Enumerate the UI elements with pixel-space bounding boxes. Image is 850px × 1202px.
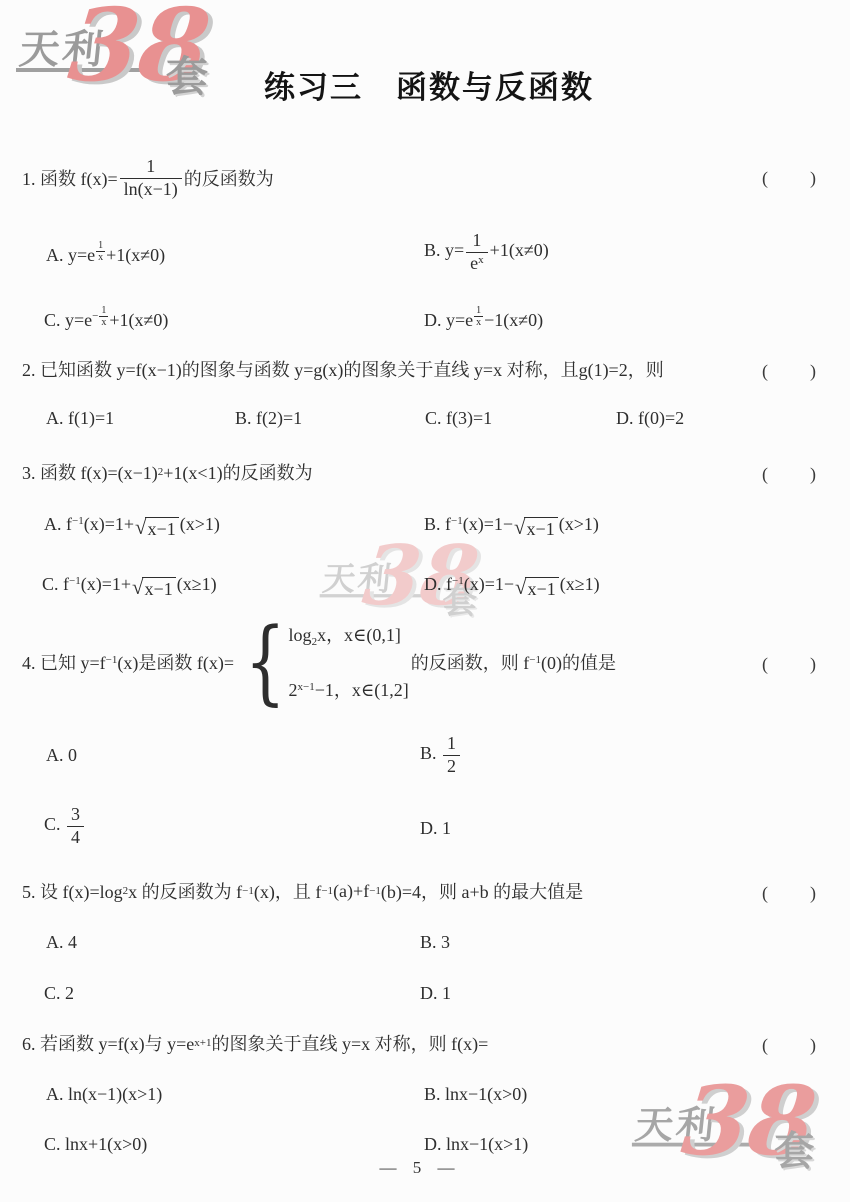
answer-blank: ( ) [762, 650, 818, 676]
option-a: A. f(1)=1 [46, 408, 114, 429]
option-a: A. f−1(x)=1+√x−1(x>1) [44, 514, 220, 540]
option-d: D. 1 [420, 983, 451, 1004]
question-stem: 3. 函数 f(x)=(x−1)2+1(x<1)的反函数为 [22, 459, 313, 485]
option-b: B. lnx−1(x>0) [424, 1084, 527, 1105]
case-row-2: 2x−1−1，x∈(1,2] [289, 676, 409, 702]
page-number: — 5 — [380, 1158, 461, 1178]
piecewise-cases: { log2x，x∈(0,1] 2x−1−1，x∈(1,2] [236, 621, 409, 704]
question-stem: 4. 已知 y=f−1(x)是函数 f(x)= { log2x，x∈(0,1] … [22, 612, 616, 712]
stem-pre: 4. 已知 y=f−1(x)是函数 f(x)= [22, 649, 234, 675]
page-title: 练习三 函数与反函数 [264, 62, 594, 107]
logo-text-tao: 套 [774, 1120, 814, 1177]
option-b: B. y=1ex+1(x≠0) [424, 230, 549, 274]
option-d: D. f−1(x)=1−√x−1(x≥1) [424, 574, 600, 600]
document-page: 天利 38 套 天利 38 套 天利 38 套 练习三 函数与反函数 1. 函数… [0, 0, 850, 1202]
option-c: C. lnx+1(x>0) [44, 1134, 147, 1155]
option-d: D. lnx−1(x>1) [424, 1134, 528, 1155]
option-c: C. 2 [44, 983, 74, 1004]
answer-blank: ( ) [762, 460, 818, 486]
question-stem: 1. 函数 f(x)=1ln(x−1)的反函数为 [22, 150, 274, 206]
question-stem: 6. 若函数 y=f(x)与 y=ex+1 的图象关于直线 y=x 对称，则 f… [22, 1030, 488, 1056]
answer-blank: ( ) [762, 164, 818, 190]
option-d: D. 1 [420, 818, 451, 839]
option-c: C. f(3)=1 [425, 408, 492, 429]
tianli-38-logo-top: 天利 38 套 [14, 2, 229, 120]
option-a: A. 0 [46, 745, 77, 766]
option-d: D. f(0)=2 [616, 408, 684, 429]
option-a: A. ln(x−1)(x>1) [46, 1084, 162, 1105]
option-c: C. y=e−1x+1(x≠0) [44, 305, 168, 331]
option-b: B. 12 [420, 733, 462, 777]
tianli-38-logo-bottom: 天利 38 套 [630, 1080, 834, 1192]
case-row-1: log2x，x∈(0,1] [289, 621, 409, 648]
answer-blank: ( ) [762, 879, 818, 905]
answer-blank: ( ) [762, 357, 818, 383]
option-a: A. y=e1x+1(x≠0) [46, 240, 165, 266]
option-b: B. f(2)=1 [235, 408, 302, 429]
option-c: C. f−1(x)=1+√x−1(x≥1) [42, 574, 217, 600]
option-b: B. f−1(x)=1−√x−1(x>1) [424, 514, 599, 540]
logo-text-tao: 套 [166, 44, 208, 104]
answer-blank: ( ) [762, 1031, 818, 1057]
question-stem: 2. 已知函数 y=f(x−1)的图象与函数 y=g(x)的图象关于直线 y=x… [22, 356, 664, 382]
stem-post: 的反函数，则 f−1(0)的值是 [411, 649, 616, 675]
option-b: B. 3 [420, 932, 450, 953]
option-d: D. y=e1x−1(x≠0) [424, 305, 543, 331]
cases-brace: { [245, 621, 286, 704]
question-stem: 5. 设 f(x)=log2x 的反函数为 f−1(x)，且 f−1(a)+f−… [22, 878, 583, 904]
option-a: A. 4 [46, 932, 77, 953]
option-c: C. 34 [44, 804, 86, 848]
